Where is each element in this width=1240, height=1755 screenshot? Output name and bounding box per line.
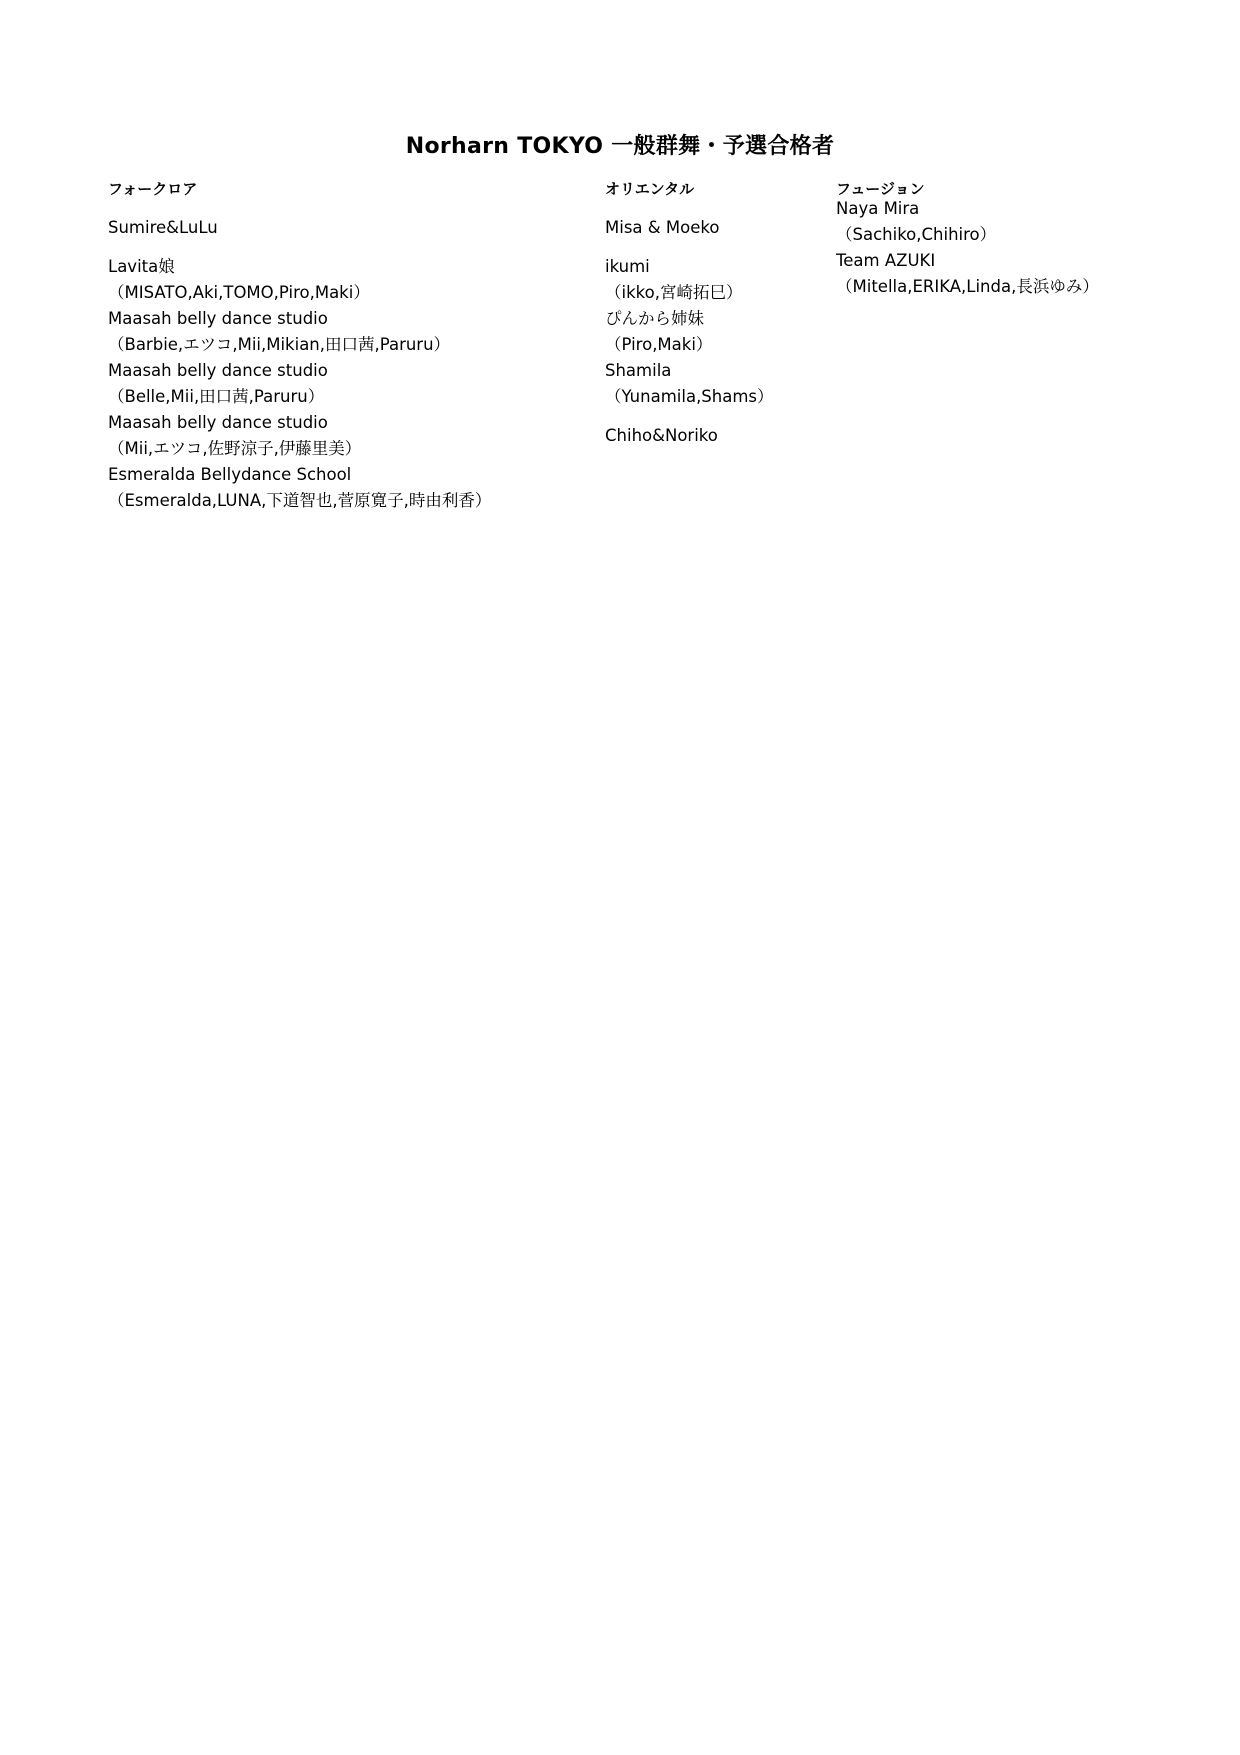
entry-name: Maasah belly dance studio xyxy=(108,358,491,384)
list-item: Shamila（Yunamila,Shams） xyxy=(605,358,774,410)
entry-name: Lavita娘 xyxy=(108,254,491,280)
list-item: Maasah belly dance studio（Belle,Mii,田口茜,… xyxy=(108,358,491,410)
list-item: Team AZUKI（Mitella,ERIKA,Linda,長浜ゆみ） xyxy=(836,248,1099,300)
entry-name: ikumi xyxy=(605,254,774,280)
column-fusion: フュージョン Naya Mira（Sachiko,Chihiro）Team AZ… xyxy=(836,178,1099,300)
entry-name: Misa & Moeko xyxy=(605,215,774,241)
entry-members: （Mitella,ERIKA,Linda,長浜ゆみ） xyxy=(836,274,1099,300)
entry-name: Naya Mira xyxy=(836,196,1099,222)
column-heading: フォークロア xyxy=(108,178,491,200)
entry-name: Shamila xyxy=(605,358,774,384)
column-folklore: フォークロア Sumire&LuLuLavita娘（MISATO,Aki,TOM… xyxy=(108,178,491,514)
list-item: Sumire&LuLu xyxy=(108,202,491,254)
entry-members: （Sachiko,Chihiro） xyxy=(836,222,1099,248)
list-item: Maasah belly dance studio（Barbie,エツコ,Mii… xyxy=(108,306,491,358)
entry-name: ぴんから姉妹 xyxy=(605,306,774,332)
entry-members: （Yunamila,Shams） xyxy=(605,384,774,410)
entry-name: Chiho&Noriko xyxy=(605,423,774,449)
entry-name: Sumire&LuLu xyxy=(108,215,491,241)
list-item: Esmeralda Bellydance School（Esmeralda,LU… xyxy=(108,462,491,514)
column-heading: オリエンタル xyxy=(605,178,774,200)
list-item: Naya Mira（Sachiko,Chihiro） xyxy=(836,196,1099,248)
entry-members: （Barbie,エツコ,Mii,Mikian,田口茜,Paruru） xyxy=(108,332,491,358)
entry-name: Team AZUKI xyxy=(836,248,1099,274)
entry-members: （Belle,Mii,田口茜,Paruru） xyxy=(108,384,491,410)
entry-name: Esmeralda Bellydance School xyxy=(108,462,491,488)
entry-members: （Piro,Maki） xyxy=(605,332,774,358)
list-item: ぴんから姉妹（Piro,Maki） xyxy=(605,306,774,358)
document-title: Norharn TOKYO 一般群舞・予選合格者 xyxy=(0,129,1240,160)
entry-members: （Esmeralda,LUNA,下道智也,菅原寛子,時由利香） xyxy=(108,488,491,514)
list-item: Maasah belly dance studio（Mii,エツコ,佐野涼子,伊… xyxy=(108,410,491,462)
entry-members: （MISATO,Aki,TOMO,Piro,Maki） xyxy=(108,280,491,306)
list-item: ikumi（ikko,宮崎拓巳） xyxy=(605,254,774,306)
entry-name: Maasah belly dance studio xyxy=(108,410,491,436)
entry-members: （Mii,エツコ,佐野涼子,伊藤里美） xyxy=(108,436,491,462)
column-oriental: オリエンタル Misa & Moekoikumi（ikko,宮崎拓巳）ぴんから姉… xyxy=(605,178,774,462)
entry-members: （ikko,宮崎拓巳） xyxy=(605,280,774,306)
list-item: Lavita娘（MISATO,Aki,TOMO,Piro,Maki） xyxy=(108,254,491,306)
list-item: Misa & Moeko xyxy=(605,202,774,254)
list-item: Chiho&Noriko xyxy=(605,410,774,462)
entry-name: Maasah belly dance studio xyxy=(108,306,491,332)
